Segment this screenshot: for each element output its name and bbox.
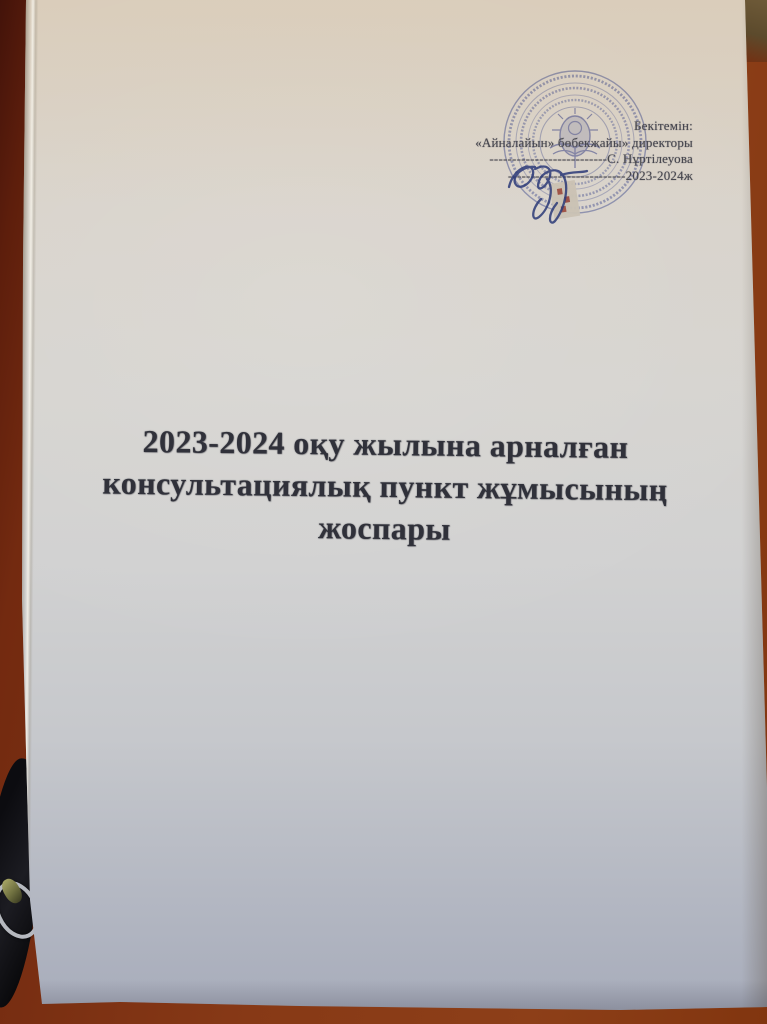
approval-line-director: «Айналайын» бөбекжайы» директоры	[453, 135, 693, 152]
paper-bottom-edge-shadow	[0, 976, 767, 1016]
approval-line-approve: Бекітемін:	[453, 118, 693, 135]
paper-right-edge-shadow	[737, 0, 767, 1024]
title-line-2: консультациялық пункт жұмысының	[40, 461, 730, 511]
document-title: 2023-2024 оқу жылына арналған консультац…	[39, 419, 730, 553]
paper-warm-light	[0, 0, 767, 230]
signature-ink	[495, 153, 630, 228]
director-signature	[495, 153, 630, 228]
photo-of-document: { "document": { "approval_block": { "lin…	[0, 0, 767, 1024]
title-line-3: жоспары	[39, 503, 729, 553]
